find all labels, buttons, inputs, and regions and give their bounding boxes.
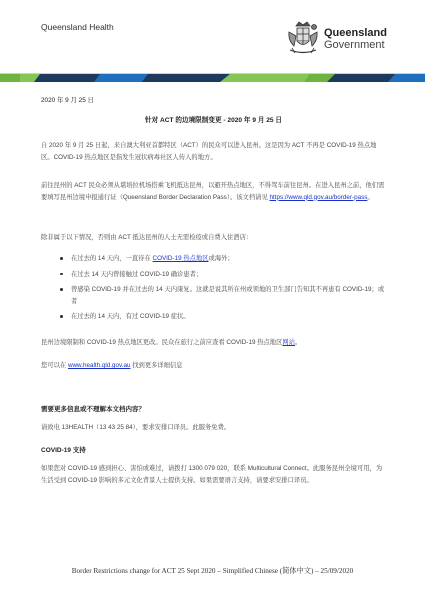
period: 。	[367, 194, 373, 201]
document-title: 针对 ACT 的边境限制变更 - 2020 年 9 月 25 日	[41, 114, 386, 124]
border-pass-link[interactable]: https://www.qld.gov.au/border-pass	[270, 194, 368, 201]
bullet-icon	[60, 288, 63, 291]
list-item-text: 曾感染 COVID-19 并在过去的 14 天内康复。这就是说其所在州或领地的卫…	[71, 286, 384, 305]
list-item: 曾感染 COVID-19 并在过去的 14 天内康复。这就是说其所在州或领地的卫…	[41, 284, 386, 307]
hotspot-changes-text: 昆州边境限制和 COVID-19 热点地区更改。民众在旅行之前应查看 COVID…	[41, 339, 282, 346]
list-item-text-end: 或海外；	[209, 255, 234, 262]
list-item-text: 在过去的 14 天内，一直待在	[71, 255, 153, 262]
list-item-text: 在过去 14 天内曾接触过 COVID-19 确诊患者；	[71, 271, 202, 278]
help-paragraph: 请致电 13HEALTH（13 43 25 84），要求安排口译员。此服务免费。	[41, 422, 386, 434]
list-item-text: 在过去的 14 天内，有过 COVID-19 症状。	[71, 313, 190, 320]
list-item: 在过去 14 天内曾接触过 COVID-19 确诊患者；	[41, 269, 386, 281]
list-item: 在过去的 14 天内，一直待在 COVID-19 热点地区或海外；	[41, 253, 386, 265]
coat-of-arms-icon	[286, 20, 320, 56]
org-name: Queensland Health	[41, 22, 114, 32]
help-heading: 需要更多信息或不理解本文档内容？	[41, 404, 145, 413]
more-info-text-end: 找到更多详细信息	[130, 362, 182, 369]
document-footer: Border Restrictions change for ACT 25 Se…	[0, 566, 425, 576]
period: 。	[295, 339, 301, 346]
list-item: 在过去的 14 天内，有过 COVID-19 症状。	[41, 311, 386, 323]
travel-requirements-paragraph: 前往昆州的 ACT 民众必须从堪培拉机场搭乘飞机抵达昆州，以避开热点地区，不得驾…	[41, 180, 386, 203]
document-date: 2020 年 9 月 25 日	[41, 95, 94, 104]
bullet-icon	[60, 315, 63, 318]
gov-logo-line1: Queensland	[324, 27, 387, 39]
support-heading: COVID-19 支持	[41, 445, 86, 454]
decorative-header-stripe	[0, 73, 425, 82]
intro-paragraph: 自 2020 年 9 月 25 日起，来自澳大利亚首都特区（ACT）的民众可以进…	[41, 140, 386, 163]
gov-logo-text: Queensland Government	[324, 27, 387, 51]
hotspots-website-link[interactable]: 网站	[282, 339, 295, 346]
more-info-text: 您可以在	[41, 362, 68, 369]
document-header: Queensland Health Queensland Government	[0, 0, 425, 73]
bullet-icon	[60, 257, 63, 260]
bullet-icon	[60, 273, 63, 276]
hotspots-link[interactable]: COVID-19 热点地区	[153, 255, 209, 262]
support-paragraph: 如果您对 COVID-19 感到担心、害怕或难过，请拨打 1300 079 02…	[41, 463, 386, 486]
hotspot-changes-paragraph: 昆州边境限制和 COVID-19 热点地区更改。民众在旅行之前应查看 COVID…	[41, 337, 386, 349]
quarantine-conditions-list: 在过去的 14 天内，一直待在 COVID-19 热点地区或海外； 在过去 14…	[41, 253, 386, 327]
health-website-link[interactable]: www.health.qld.gov.au	[68, 362, 131, 369]
queensland-government-logo: Queensland Government	[284, 18, 394, 58]
gov-logo-line2: Government	[324, 39, 387, 51]
quarantine-exemption-paragraph: 除非属于以下情况，否则由 ACT 抵达昆州的人士无需检疫或自费入住酒店：	[41, 232, 386, 244]
more-info-paragraph: 您可以在 www.health.qld.gov.au 找到更多详细信息	[41, 360, 386, 372]
